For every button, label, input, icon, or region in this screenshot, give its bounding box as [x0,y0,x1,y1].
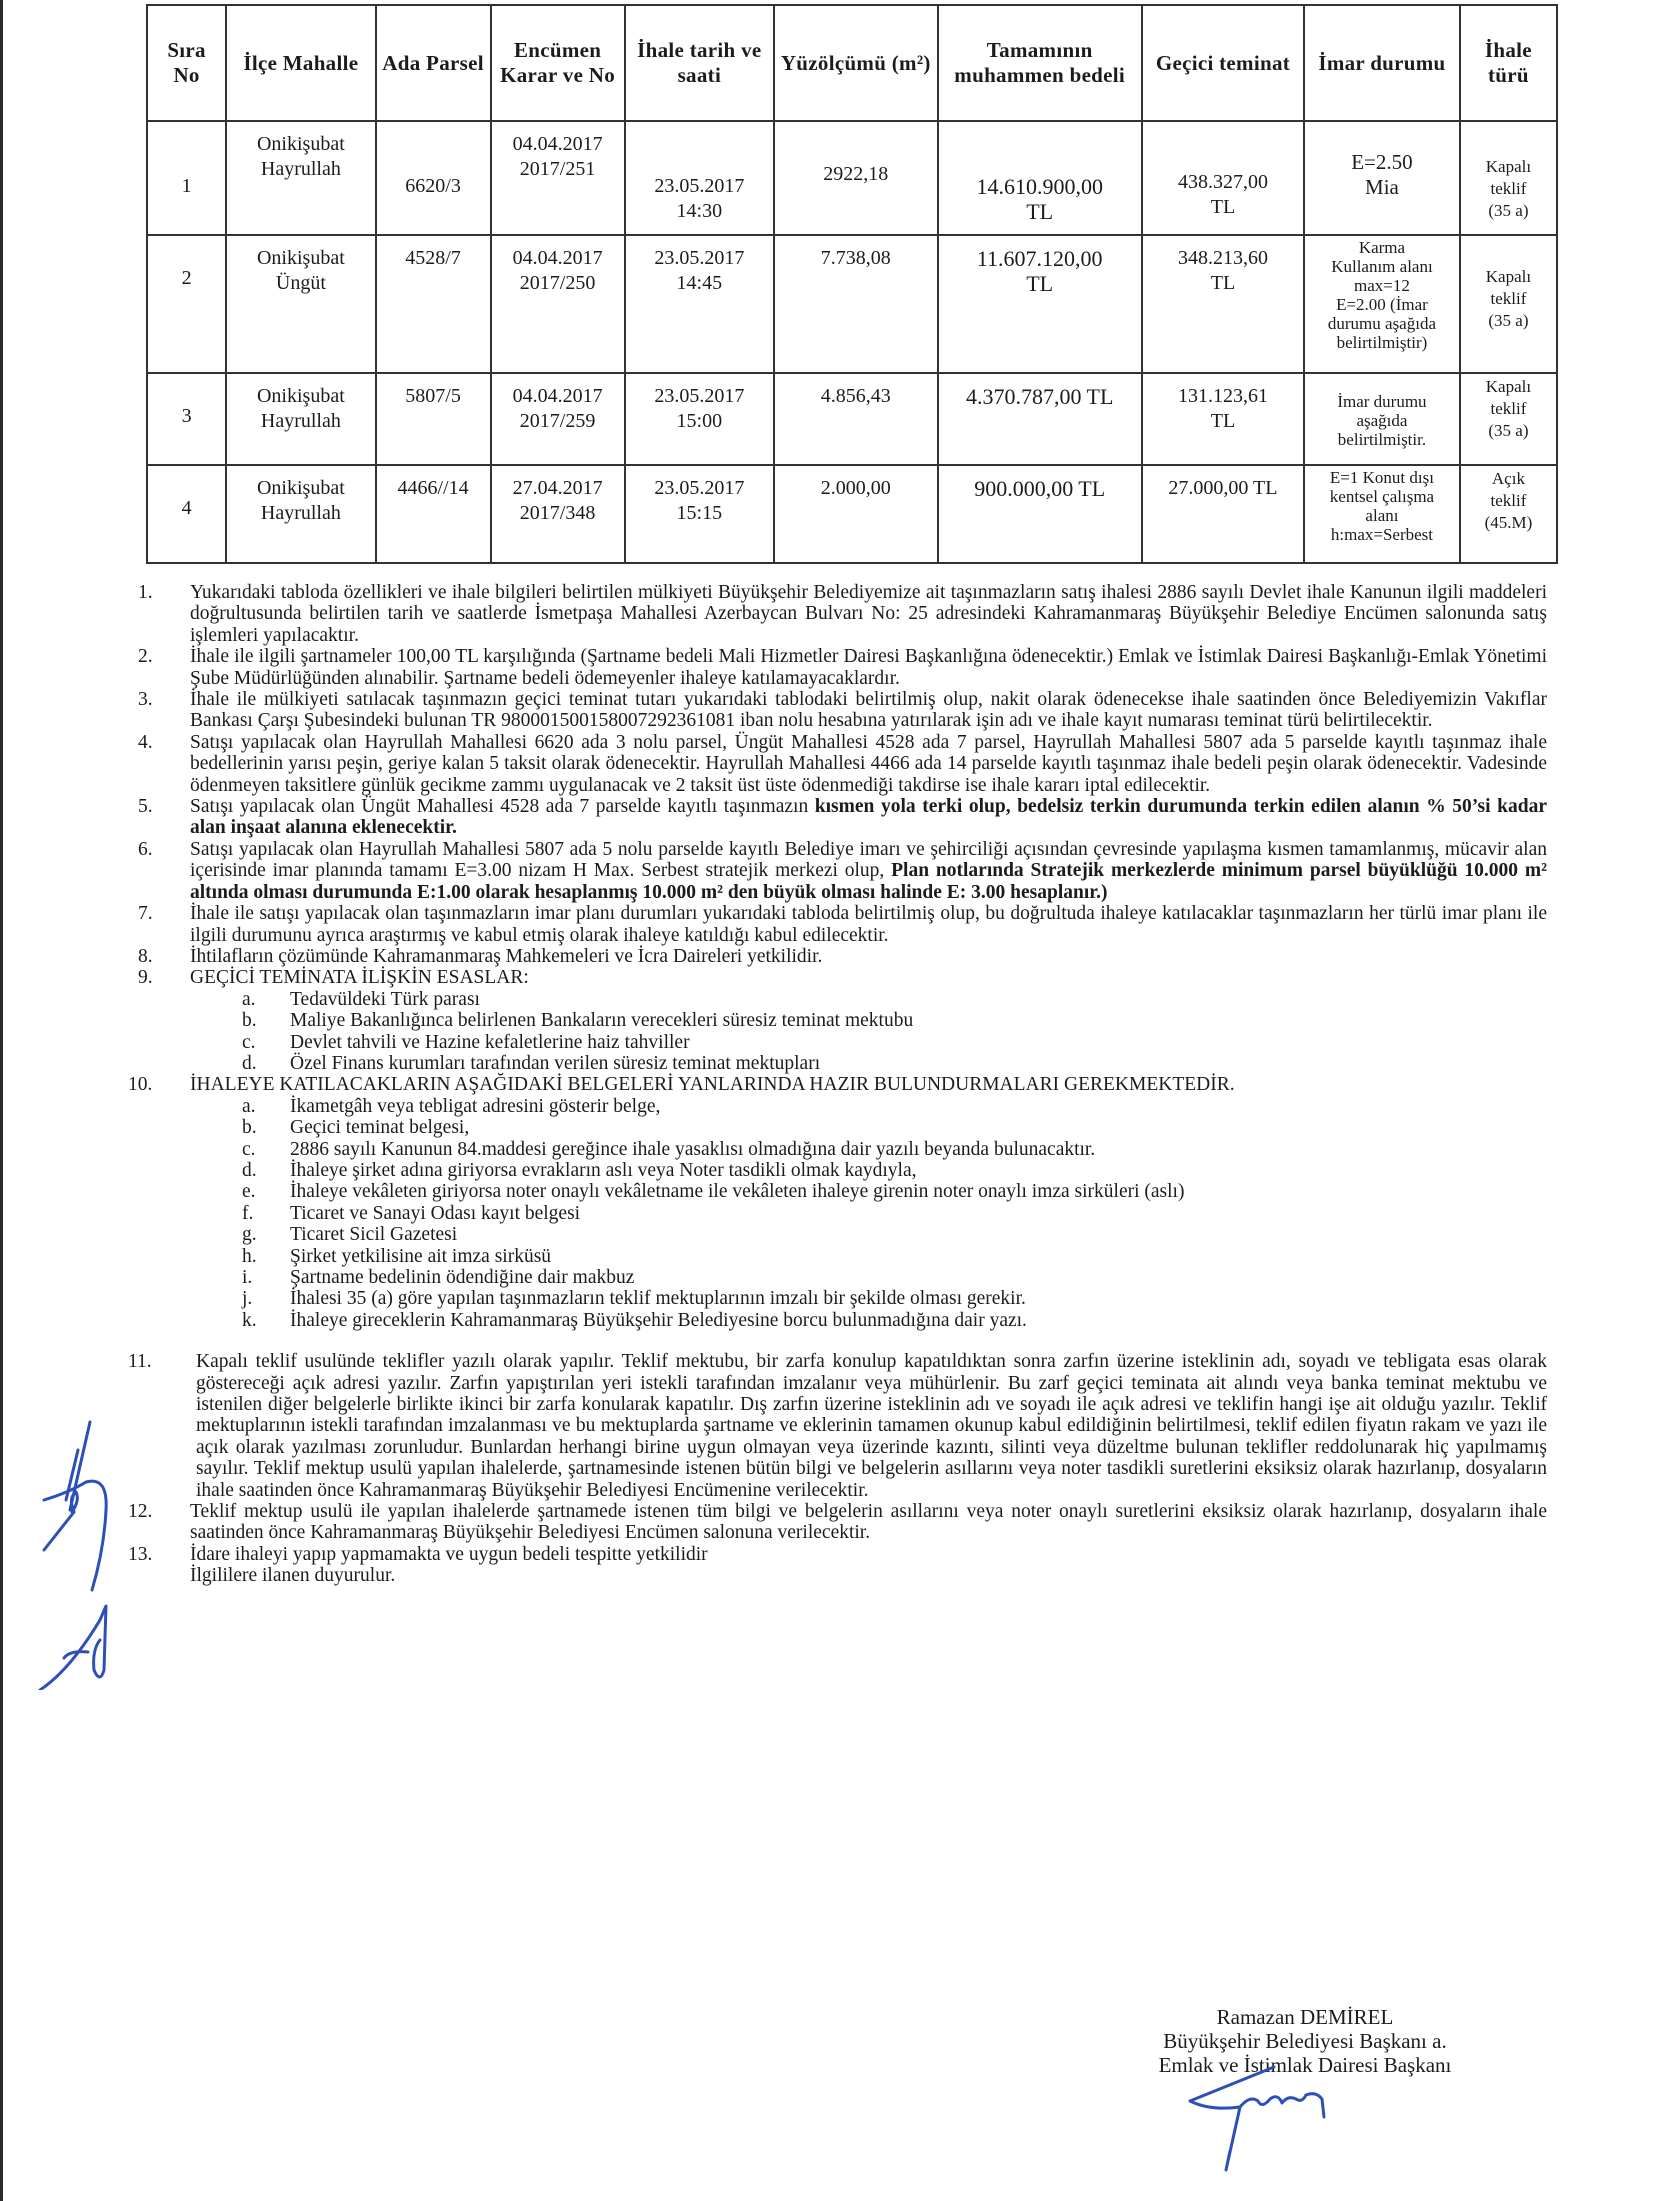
item-10-heading: İHALEYE KATILACAKLARIN AŞAĞIDAKİ BELGELE… [190,1074,1235,1095]
header-sira-no: Sıra No [147,5,226,121]
cell-gecici-teminat: 27.000,00 TL [1142,465,1304,563]
item-2-text: İhale ile ilgili şartnameler 100,00 TL k… [190,646,1547,688]
header-ihale-tarih: İhale tarih ve saati [625,5,774,121]
item-5-text: Satışı yapılacak olan Üngüt Mahallesi 45… [190,796,815,817]
cell-ihale-turu: Açıkteklif(45.M) [1460,465,1557,563]
header-muhammen-bedel: Tamamının muhammen bedeli [938,5,1142,121]
item-2: 2.İhale ile ilgili şartnameler 100,00 TL… [132,646,1547,689]
item-13-text: İdare ihaleyi yapıp yapmamakta ve uygun … [190,1544,708,1565]
cell-muhammen-bedel: 4.370.787,00 TL [938,373,1142,465]
cell-imar-durumu: İmar durumuaşağıdabelirtilmiştir. [1304,373,1460,465]
cell-encumen: 27.04.20172017/348 [491,465,625,563]
signatory-name: Ramazan DEMİREL [1125,2005,1485,2029]
sub-item-a: a.İkametgâh veya tebligat adresini göste… [132,1096,1547,1117]
header-ada-parsel: Ada Parsel [376,5,491,121]
cell-ihale-turu: Kapalıteklif(35 a) [1460,373,1557,465]
item-8-text: İhtilafların çözümünde Kahramanmaraş Mah… [190,946,822,967]
item-3: 3.İhale ile mülkiyeti satılacak taşınmaz… [132,689,1547,732]
item-1: 1.Yukarıdaki tabloda özellikleri ve ihal… [132,582,1547,646]
item-4: 4.Satışı yapılacak olan Hayrullah Mahall… [132,732,1547,796]
item-10: 10.İHALEYE KATILACAKLARIN AŞAĞIDAKİ BELG… [132,1074,1547,1095]
item-12-text: Teklif mektup usulü ile yapılan ihaleler… [190,1501,1547,1543]
header-gecici-teminat: Geçici teminat [1142,5,1304,121]
item-9-heading: GEÇİCİ TEMİNATA İLİŞKİN ESASLAR: [190,967,529,988]
item-7-text: İhale ile satışı yapılacak olan taşınmaz… [190,903,1547,945]
item-11-text: Kapalı teklif usulünde teklifler yazılı … [196,1351,1547,1500]
item-5: 5.Satışı yapılacak olan Üngüt Mahallesi … [132,796,1547,839]
sub-item-h: h.Şirket yetkilisine ait imza sirküsü [132,1246,1547,1267]
header-encumen: Encümen Karar ve No [491,5,625,121]
table-row: 4OnikişubatHayrullah4466//1427.04.201720… [147,465,1557,563]
cell-mahalle: OnikişubatHayrullah [226,121,375,235]
cell-sira-no: 2 [147,235,226,373]
item-12: 12.Teklif mektup usulü ile yapılan ihale… [132,1501,1547,1544]
item-6: 6.Satışı yapılacak olan Hayrullah Mahall… [132,839,1547,903]
cell-yuzolcumu: 7.738,08 [774,235,937,373]
signatory-title-1: Büyükşehir Belediyesi Başkanı a. [1125,2029,1485,2053]
cell-imar-durumu: KarmaKullanım alanımax=12E=2.00 (İmardur… [1304,235,1460,373]
sub-item-k: k.İhaleye gireceklerin Kahramanmaraş Büy… [132,1310,1547,1331]
header-ilce-mahalle: İlçe Mahalle [226,5,375,121]
cell-imar-durumu: E=2.50Mia [1304,121,1460,235]
cell-ihale-tarih: 23.05.201715:15 [625,465,774,563]
header-imar-durumu: İmar durumu [1304,5,1460,121]
cell-encumen: 04.04.20172017/259 [491,373,625,465]
item-13: 13.İdare ihaleyi yapıp yapmamakta ve uyg… [132,1544,1547,1565]
item-9-sublist: a.Tedavüldeki Türk parasıb.Maliye Bakanl… [132,989,1547,1075]
sub-item-g: g.Ticaret Sicil Gazetesi [132,1224,1547,1245]
cell-yuzolcumu: 2.000,00 [774,465,937,563]
cell-muhammen-bedel: 11.607.120,00TL [938,235,1142,373]
item-11: 11.Kapalı teklif usulünde teklifler yazı… [132,1351,1547,1501]
table-row: 3OnikişubatHayrullah5807/504.04.20172017… [147,373,1557,465]
sub-item-i: i.Şartname bedelinin ödendiğine dair mak… [132,1267,1547,1288]
sub-item-c: c.2886 sayılı Kanunun 84.maddesi gereğin… [132,1139,1547,1160]
cell-gecici-teminat: 438.327,00TL [1142,121,1304,235]
item-9: 9.GEÇİCİ TEMİNATA İLİŞKİN ESASLAR: [132,967,1547,988]
cell-ihale-tarih: 23.05.201714:30 [625,121,774,235]
cell-ihale-tarih: 23.05.201715:00 [625,373,774,465]
item-10-sublist: a.İkametgâh veya tebligat adresini göste… [132,1096,1547,1331]
cell-muhammen-bedel: 14.610.900,00TL [938,121,1142,235]
cell-mahalle: OnikişubatHayrullah [226,465,375,563]
cell-yuzolcumu: 4.856,43 [774,373,937,465]
cell-sira-no: 4 [147,465,226,563]
tender-table: Sıra No İlçe Mahalle Ada Parsel Encümen … [146,4,1558,564]
cell-gecici-teminat: 131.123,61TL [1142,373,1304,465]
cell-ihale-turu: Kapalıteklif(35 a) [1460,121,1557,235]
cell-sira-no: 3 [147,373,226,465]
table-row: 1OnikişubatHayrullah6620/304.04.20172017… [147,121,1557,235]
sub-item-c: c.Devlet tahvili ve Hazine kefaletlerine… [132,1032,1547,1053]
cell-ihale-tarih: 23.05.201714:45 [625,235,774,373]
sub-item-f: f.Ticaret ve Sanayi Odası kayıt belgesi [132,1203,1547,1224]
cell-ihale-turu: Kapalıteklif(35 a) [1460,235,1557,373]
cell-ada-parsel: 4466//14 [376,465,491,563]
sub-item-a: a.Tedavüldeki Türk parası [132,989,1547,1010]
sub-item-b: b.Geçici teminat belgesi, [132,1117,1547,1138]
cell-gecici-teminat: 348.213,60TL [1142,235,1304,373]
cell-yuzolcumu: 2922,18 [774,121,937,235]
cell-mahalle: OnikişubatHayrullah [226,373,375,465]
cell-encumen: 04.04.20172017/251 [491,121,625,235]
sub-item-b: b.Maliye Bakanlığınca belirlenen Bankala… [132,1010,1547,1031]
sub-item-j: j.İhalesi 35 (a) göre yapılan taşınmazla… [132,1288,1547,1309]
cell-encumen: 04.04.20172017/250 [491,235,625,373]
sub-item-e: e.İhaleye vekâleten giriyorsa noter onay… [132,1181,1547,1202]
handwritten-signature [1170,2055,1350,2175]
item-7: 7.İhale ile satışı yapılacak olan taşınm… [132,903,1547,946]
sub-item-d: d.İhaleye şirket adına giriyorsa evrakla… [132,1160,1547,1181]
item-8: 8.İhtilafların çözümünde Kahramanmaraş M… [132,946,1547,967]
cell-imar-durumu: E=1 Konut dışıkentsel çalışmaalanıh:max=… [1304,465,1460,563]
cell-muhammen-bedel: 900.000,00 TL [938,465,1142,563]
spacer [132,1331,1547,1351]
cell-ada-parsel: 6620/3 [376,121,491,235]
table-header-row: Sıra No İlçe Mahalle Ada Parsel Encümen … [147,5,1557,121]
item-4-text: Satışı yapılacak olan Hayrullah Mahalles… [190,732,1547,796]
cell-mahalle: OnikişubatÜngüt [226,235,375,373]
sub-item-d: d.Özel Finans kurumları tarafından veril… [132,1053,1547,1074]
margin-initials-signature [30,1400,120,1690]
cell-sira-no: 1 [147,121,226,235]
announcement-body: 1.Yukarıdaki tabloda özellikleri ve ihal… [132,582,1547,1587]
closing-line: İlgililere ilanen duyurulur. [132,1565,1547,1586]
scan-edge [0,0,3,2201]
cell-ada-parsel: 4528/7 [376,235,491,373]
cell-ada-parsel: 5807/5 [376,373,491,465]
header-ihale-turu: İhale türü [1460,5,1557,121]
item-3-text: İhale ile mülkiyeti satılacak taşınmazın… [190,689,1547,731]
header-yuzolcumu: Yüzölçümü (m²) [774,5,937,121]
table-row: 2OnikişubatÜngüt4528/704.04.20172017/250… [147,235,1557,373]
item-1-text: Yukarıdaki tabloda özellikleri ve ihale … [190,582,1547,646]
